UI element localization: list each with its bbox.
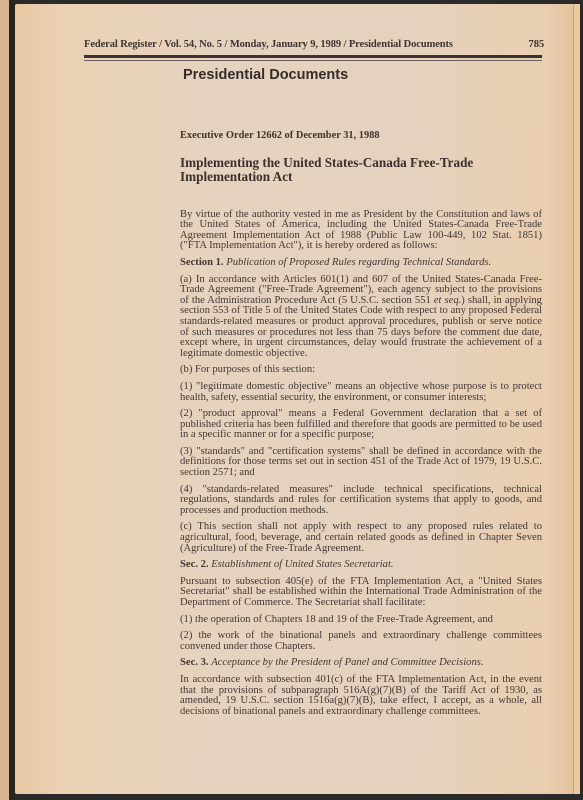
section-2-item-2: (2) the work of the binational panels an… xyxy=(180,631,542,652)
adjacent-page-edge xyxy=(0,0,9,800)
header-rule xyxy=(84,55,542,58)
section-1-paragraph-a: (a) In accordance with Articles 601(1) a… xyxy=(180,275,542,360)
section-1-paragraph-c: (c) This section shall not apply with re… xyxy=(180,522,542,554)
section-1-definition-2: (2) "product approval" means a Federal G… xyxy=(180,409,542,441)
running-head-text: Federal Register / Vol. 54, No. 5 / Mond… xyxy=(84,39,453,50)
page-number: 785 xyxy=(529,39,544,50)
section-3-heading: Sec. 3. Acceptance by the President of P… xyxy=(180,658,542,669)
para-italic: et seq. xyxy=(434,295,461,306)
section-2-label: Sec. 2. xyxy=(180,559,209,570)
section-1-definition-1: (1) "legitimate domestic objective" mean… xyxy=(180,382,542,403)
preamble: By virtue of the authority vested in me … xyxy=(180,210,542,252)
page-edge xyxy=(573,4,580,794)
section-3-title: Acceptance by the President of Panel and… xyxy=(211,657,483,668)
section-3-label: Sec. 3. xyxy=(180,657,209,668)
running-header: Federal Register / Vol. 54, No. 5 / Mond… xyxy=(84,39,544,50)
executive-order-line: Executive Order 12662 of December 31, 19… xyxy=(180,131,542,142)
section-1-paragraph-b: (b) For purposes of this section: xyxy=(180,365,542,376)
section-1-title: Publication of Proposed Rules regarding … xyxy=(226,257,491,268)
header-rule-thin xyxy=(84,60,542,61)
section-2-paragraph: Pursuant to subsection 405(e) of the FTA… xyxy=(180,577,542,609)
section-title: Presidential Documents xyxy=(183,67,348,83)
section-2-title: Establishment of United States Secretari… xyxy=(211,559,393,570)
section-1-label: Section 1. xyxy=(180,257,224,268)
document-title: Implementing the United States-Canada Fr… xyxy=(180,156,542,184)
section-3-paragraph: In accordance with subsection 401(c) of … xyxy=(180,675,542,717)
section-1-definition-4: (4) "standards-related measures" include… xyxy=(180,485,542,517)
section-2-heading: Sec. 2. Establishment of United States S… xyxy=(180,560,542,571)
section-1-definition-3: (3) "standards" and "certification syste… xyxy=(180,447,542,479)
section-2-item-1: (1) the operation of Chapters 18 and 19 … xyxy=(180,615,542,626)
document-body: Executive Order 12662 of December 31, 19… xyxy=(180,131,542,723)
section-1-heading: Section 1. Publication of Proposed Rules… xyxy=(180,258,542,269)
